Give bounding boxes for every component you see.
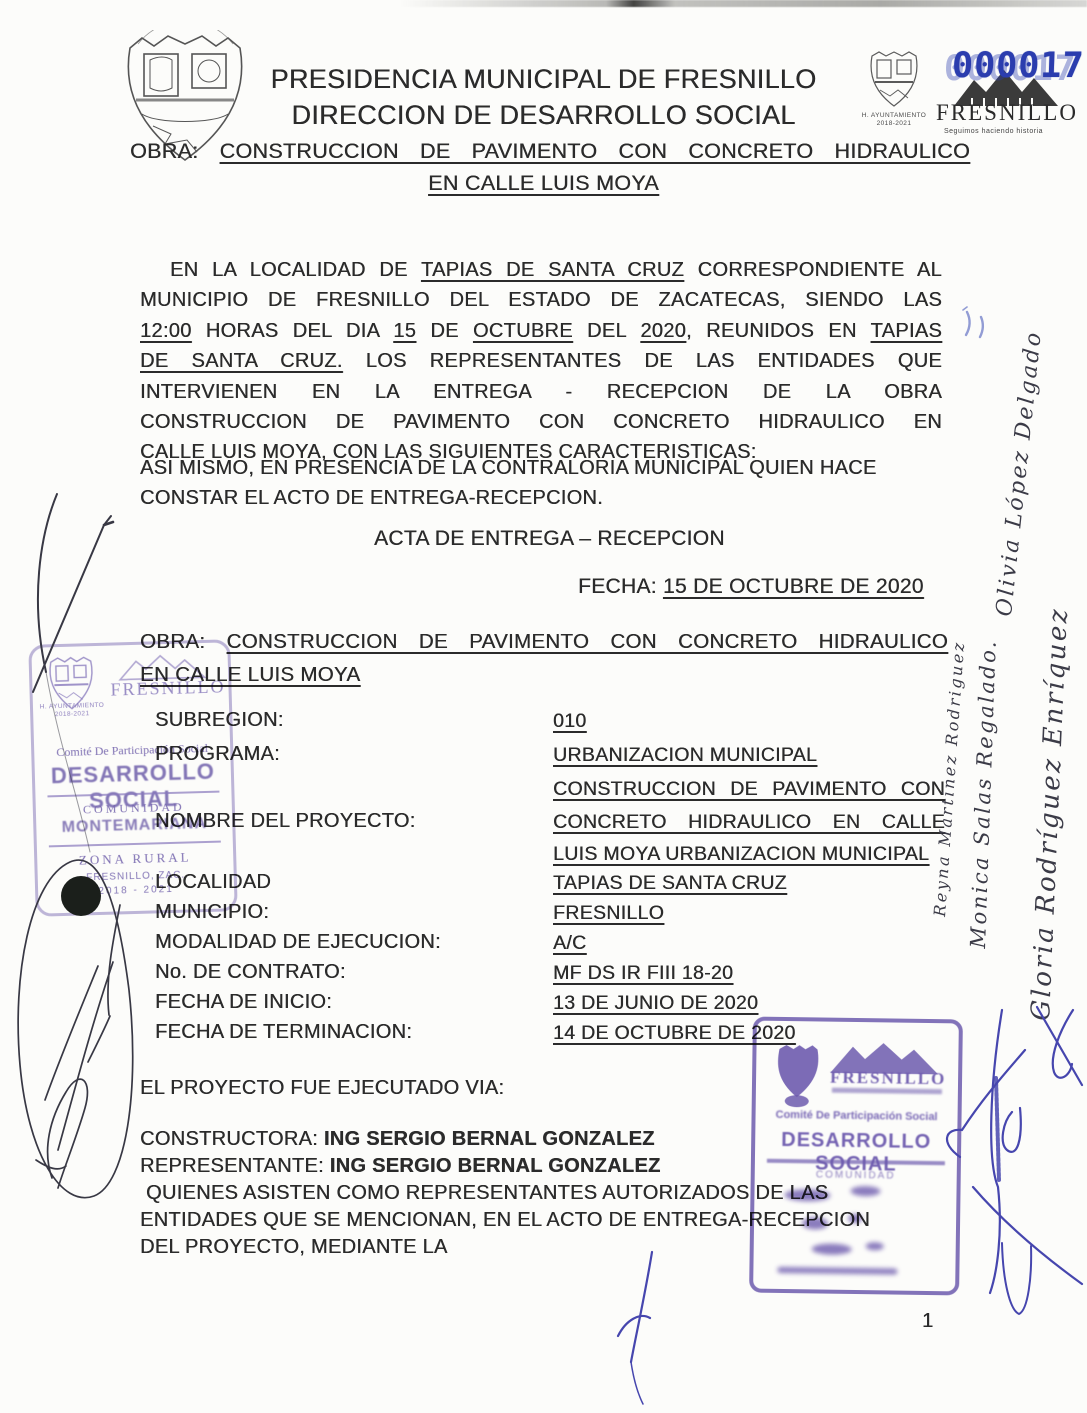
fresnillo-logo-wordmark: FRESNILLO <box>936 100 1078 126</box>
scanner-streak-artifact <box>400 0 1087 7</box>
field-value-fecha-inicio: 13 DE JUNIO DE 2020 <box>553 992 945 1015</box>
stamp-divider <box>49 841 221 848</box>
field-label-modalidad: MODALIDAD DE EJECUCION: <box>155 931 441 954</box>
intro-line: CONSTRUCCION DE PAVIMENTO CON CONCRETO H… <box>140 407 942 437</box>
blue-smudge-marks <box>963 307 983 337</box>
stamp-crest-caption: H. AYUNTAMIENTO2018-2021 <box>35 702 109 720</box>
acta-obra-block: OBRA: CONSTRUCCION DE PAVIMENTO CON CONC… <box>140 625 948 691</box>
page-title-line1: PRESIDENCIA MUNICIPAL DE FRESNILLO <box>0 64 1087 95</box>
blue-mark-bottom-center <box>618 1252 652 1404</box>
field-value-proyecto-l1: CONSTRUCCION DE PAVIMENTO CON <box>553 778 945 801</box>
stamp-zone-text: ZONA RURAL <box>37 848 233 869</box>
fresnillo-logo-tagline: Seguimos haciendo historia <box>944 128 1043 135</box>
stamp-fresnillo-wordmark: FRESNILLO <box>110 676 226 700</box>
fecha-line: FECHA: 15 DE OCTUBRE DE 2020 <box>578 575 924 599</box>
left-comite-stamp: H. AYUNTAMIENTO2018-2021 FRESNILLO Comit… <box>28 639 238 917</box>
constructora-name: ING SERGIO BERNAL GONZALEZ <box>324 1128 655 1150</box>
blue-signature-right <box>947 1007 1082 1293</box>
intro-line: DE SANTA CRUZ. LOS REPRESENTANTES DE LAS… <box>140 346 942 376</box>
folio-number-stamp: 000017 <box>951 46 1085 86</box>
handwritten-name-gloria: Gloria Rodríguez Enríquez <box>1026 376 1084 1022</box>
stamp-fresnillo-wordmark: FRESNILLO <box>830 1068 947 1090</box>
stamp-fresnillo-tagline <box>113 701 115 707</box>
field-value-proyecto-l3: LUIS MOYA URBANIZACION MUNICIPAL <box>553 843 945 866</box>
ejecutado-line: EL PROYECTO FUE EJECUTADO VIA: <box>140 1077 504 1100</box>
stamp-smudge <box>848 1214 862 1223</box>
scanned-document-page: PRESIDENCIA MUNICIPAL DE FRESNILLO DIREC… <box>0 0 1087 1413</box>
blue-v-mark <box>1002 1243 1031 1314</box>
intro-line: 12:00 HORAS DEL DIA 15 DE OCTUBRE DEL 20… <box>140 316 942 346</box>
stamp-smudge <box>812 1243 852 1255</box>
intro-line: INTERVIENEN EN LA ENTREGA - RECEPCION DE… <box>140 377 942 407</box>
stamp-period-text: 2018 - 2021 <box>38 882 234 898</box>
handwritten-name-monica: Monica Salas Regalado. <box>966 586 1003 949</box>
field-value-proyecto-l2: CONCRETO HIDRAULICO EN CALLE <box>553 811 945 834</box>
stamp-org-text: Comité De Participación Social <box>755 1109 957 1124</box>
stamp-shield-icon <box>772 1043 823 1110</box>
stamp-smudge <box>866 1242 884 1250</box>
field-value-subregion: 010 <box>553 710 945 733</box>
contraloria-paragraph: ASI MISMO, EN PRESENCIA DE LA CONTRALORI… <box>140 453 942 513</box>
page-number: 1 <box>922 1310 933 1333</box>
acta-heading: ACTA DE ENTREGA – RECEPCION <box>374 527 725 551</box>
small-crest-caption: H. AYUNTAMIENTO 2018-2021 <box>856 112 932 128</box>
field-value-programa: URBANIZACION MUNICIPAL <box>553 744 945 767</box>
header-obra-line1: OBRA: CONSTRUCCION DE PAVIMENTO CON CONC… <box>130 139 970 164</box>
stamp-smudge <box>777 1267 897 1275</box>
stamp-tagline-smudge <box>832 1088 942 1095</box>
header-obra-line2: EN CALLE LUIS MOYA <box>0 171 1087 196</box>
intro-paragraph: EN LA LOCALIDAD DE TAPIAS DE SANTA CRUZ … <box>140 255 942 468</box>
intro-line: EN LA LOCALIDAD DE TAPIAS DE SANTA CRUZ … <box>140 255 942 285</box>
stamp-smudge <box>784 1189 830 1202</box>
stamp-smudge <box>802 1217 828 1229</box>
field-value-municipio: FRESNILLO <box>553 902 945 925</box>
stamp-org-text: Comité De Participación Social <box>34 740 230 760</box>
field-value-localidad: TAPIAS DE SANTA CRUZ <box>553 872 945 895</box>
field-value-contrato: MF DS IR FIII 18-20 <box>553 962 945 985</box>
field-label-fecha-inicio: FECHA DE INICIO: <box>155 991 332 1014</box>
field-value-modalidad: A/C <box>553 932 945 955</box>
right-desarrollo-stamp: FRESNILLO Comité De Participación Social… <box>749 1017 963 1296</box>
intro-line: MUNICIPIO DE FRESNILLO DEL ESTADO DE ZAC… <box>140 285 942 315</box>
field-label-fecha-terminacion: FECHA DE TERMINACION: <box>155 1021 412 1044</box>
representante-name: ING SERGIO BERNAL GONZALEZ <box>330 1155 661 1177</box>
stamp-smudge <box>850 1186 880 1196</box>
stamp-community-label: COMUNIDAD <box>755 1169 957 1183</box>
field-label-contrato: No. DE CONTRATO: <box>155 961 346 984</box>
